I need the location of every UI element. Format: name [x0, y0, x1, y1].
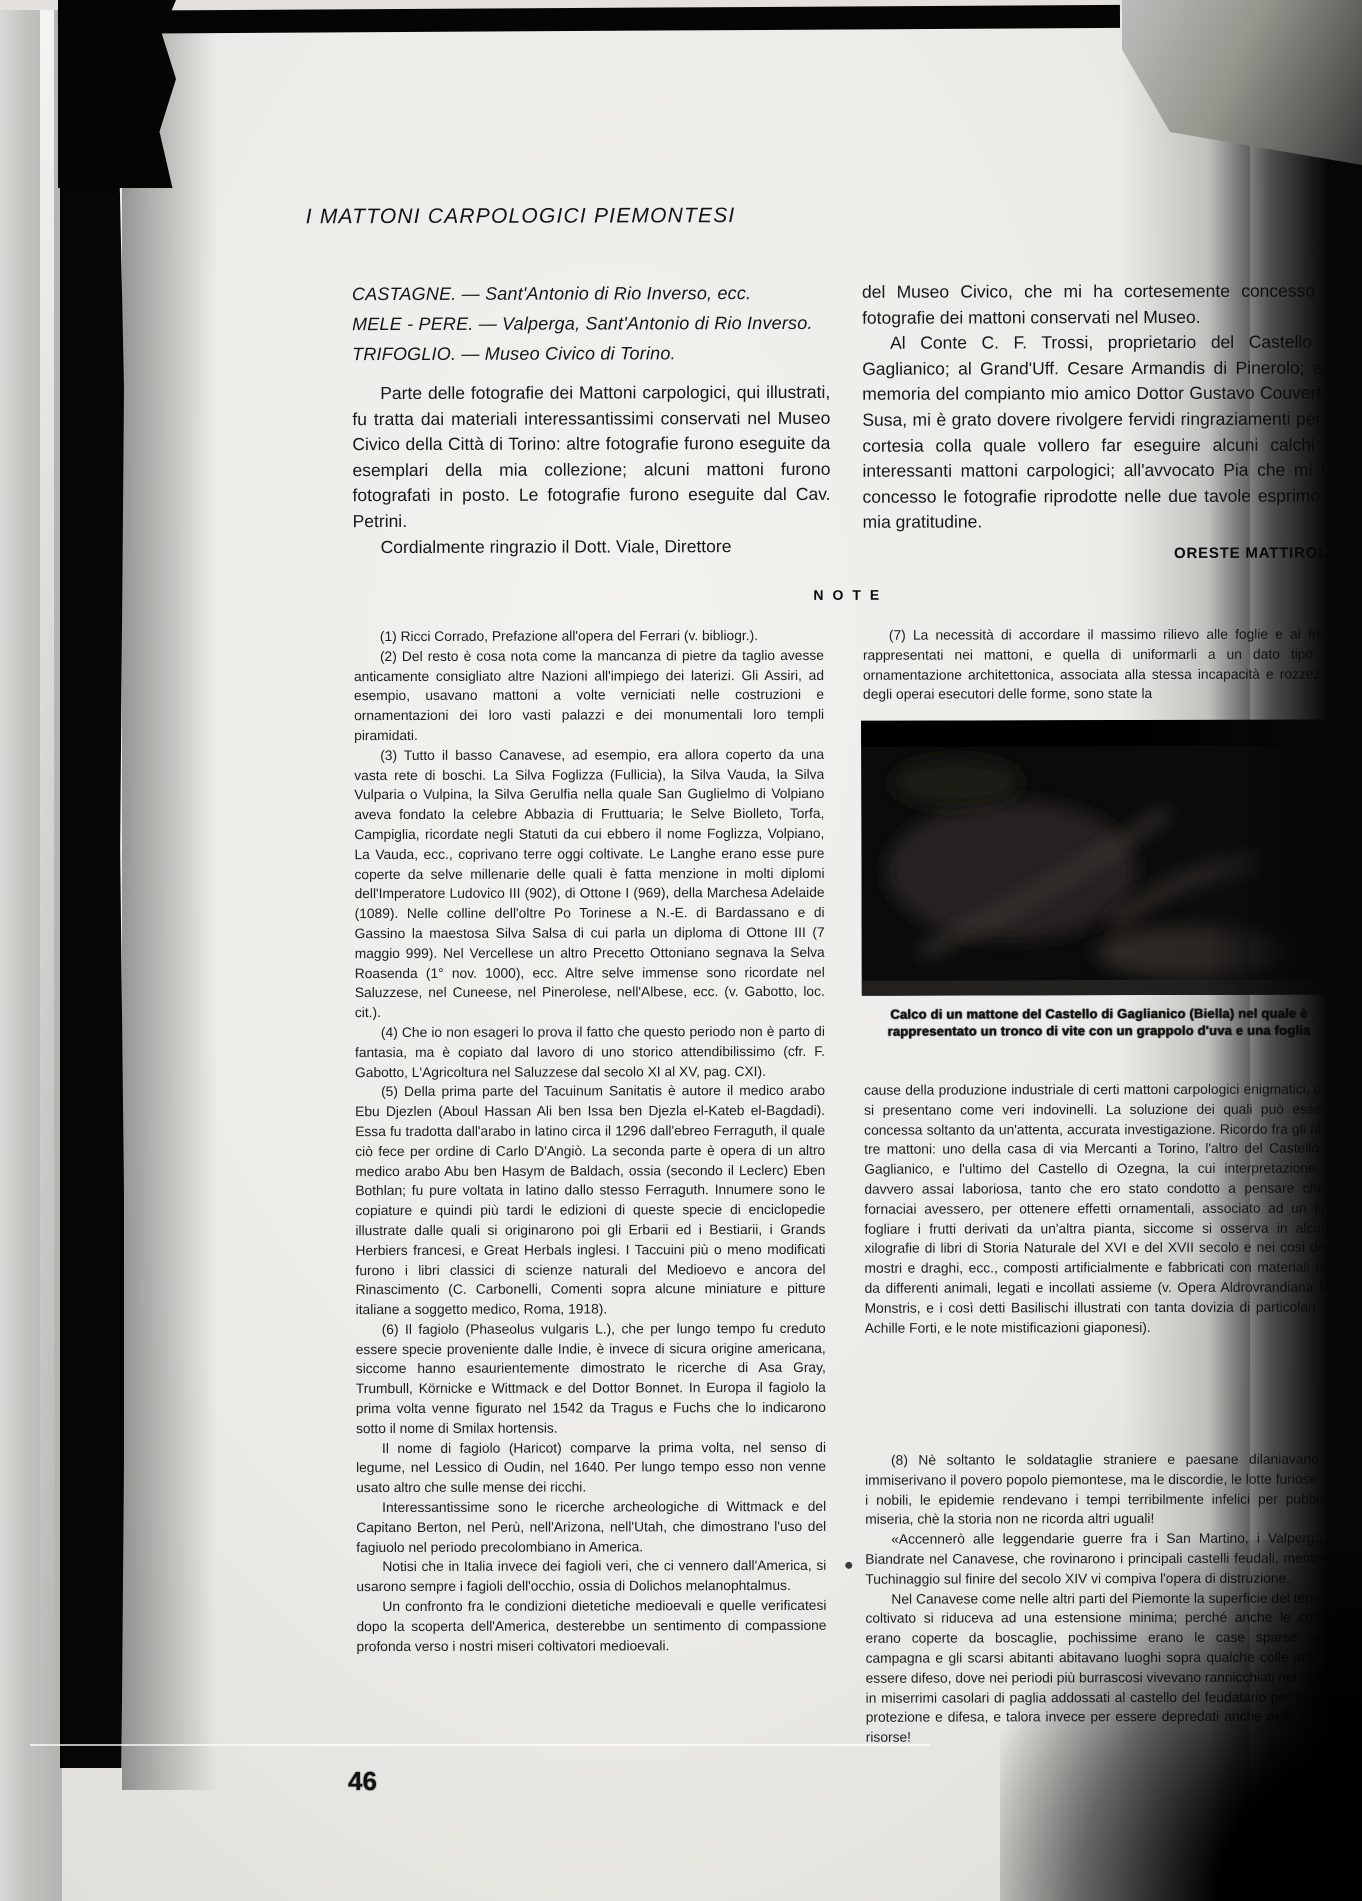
scanned-book-page: I MATTONI CARPOLOGICI PIEMONTESI CASTAGN…	[0, 0, 1362, 1901]
footnote-4: (4) Che io non esageri lo prova il fatto…	[355, 1022, 825, 1083]
footnote-6-cont: Il nome di fagiolo (Haricot) comparve la…	[356, 1438, 826, 1499]
footnote-3: (3) Tutto il basso Canavese, ad esempio,…	[354, 745, 825, 1023]
intro-item-trifoglio: TRIFOGLIO. — Museo Civico di Torino.	[352, 338, 852, 369]
page-number: 46	[348, 1766, 377, 1797]
footnote-6-cont: Un confronto fra le condizioni dietetich…	[356, 1596, 826, 1657]
gutter-shading	[122, 0, 217, 1790]
main-column-left: Parte delle fotografie dei Mattoni carpo…	[352, 380, 830, 560]
footnote-6-cont: Notisi che in Italia invece dei fagioli …	[356, 1556, 826, 1597]
notes-heading: NOTE	[701, 586, 1001, 603]
intro-list: CASTAGNE. — Sant'Antonio di Rio Inverso,…	[352, 278, 852, 369]
bottom-right-corner-shadow	[1000, 1540, 1362, 1901]
book-gutter-shadow-bar	[60, 0, 124, 1768]
footnote-2: (2) Del resto è cosa nota come la mancan…	[354, 646, 824, 746]
footnotes-column-left: (1) Ricci Corrado, Prefazione all'opera …	[354, 626, 827, 1735]
main-paragraph: Cordialmente ringrazio il Dott. Viale, D…	[353, 533, 831, 560]
footnote-5: (5) Della prima parte del Tacuinum Sanit…	[355, 1081, 826, 1320]
bottom-scan-highlight-line	[30, 1744, 930, 1746]
footnote-1: (1) Ricci Corrado, Prefazione all'opera …	[354, 626, 824, 647]
footnote-6: (6) Il fagiolo (Phaseolus vulgaris L.), …	[356, 1319, 826, 1439]
main-paragraph: Parte delle fotografie dei Mattoni carpo…	[352, 380, 830, 535]
footnote-6-cont: Interessantissime sono le ricerche arche…	[356, 1497, 826, 1558]
ink-speck	[845, 1562, 852, 1569]
intro-item-mele-pere: MELE - PERE. — Valperga, Sant'Antonio di…	[352, 308, 852, 339]
scan-left-highlight	[40, 0, 54, 1760]
page-title: I MATTONI CARPOLOGICI PIEMONTESI	[306, 204, 736, 229]
top-left-shadow-block	[58, 0, 176, 188]
intro-item-castagne: CASTAGNE. — Sant'Antonio di Rio Inverso,…	[352, 278, 852, 309]
